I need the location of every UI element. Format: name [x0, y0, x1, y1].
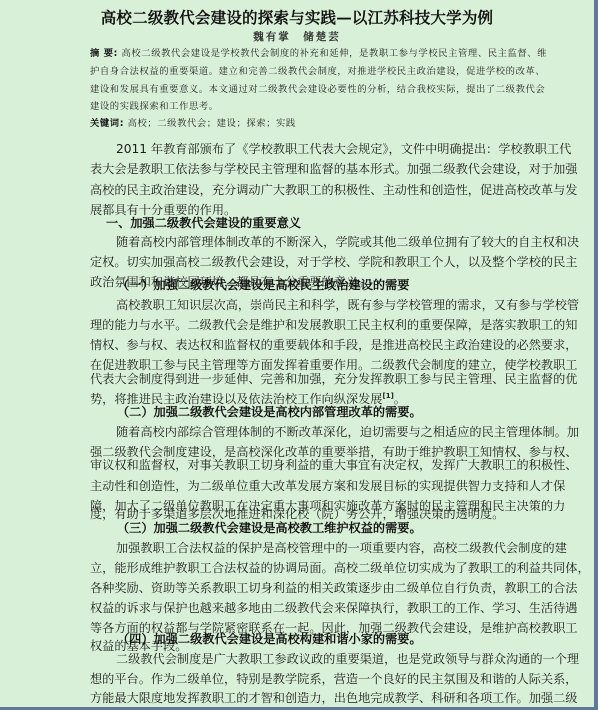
subsection-heading-3: （三）加强二级教代会建设是高校教工维护权益的需要。 — [117, 519, 422, 536]
body-line: 想的平台。作为二级单位，特别是教学院系，营造一个良好的民主氛围及和谐的人际关系， — [90, 670, 506, 687]
keywords-label: 关键词: — [90, 118, 124, 129]
body-line: 定权。切实加强高校二级教代会建设，对于学校、学院和教职工个人，以及整个学校的民主 — [90, 253, 506, 270]
abstract-line: 建设的实践探索和工作思考。 — [90, 98, 219, 112]
body-line: 审议权和监督权，对事关教职工切身利益的重大事宜有决定权，发挥广大教职工的积极性、 — [90, 456, 506, 473]
keywords-text: 高校；二级教代会；建设；探索；实践 — [128, 118, 296, 129]
abstract-line: 建设和发展具有重要意义。本文通过对二级教代会建设必要性的分析，结合我校实际，提出… — [90, 81, 545, 95]
body-line: 二级教代会制度是广大教职工参政议政的重要渠道，也是党政领导与群众沟通的一个理 — [90, 650, 506, 667]
citation-ref[interactable]: [1] — [383, 392, 394, 400]
body-line: 高校教职工知识层次高，崇尚民主和科学，既有参与学校管理的需求，又有参与学校管 — [90, 296, 506, 313]
keywords-line: 关键词: 高校；二级教代会；建设；探索；实践 — [90, 115, 296, 129]
abstract-line: 护自身合法权益的重要渠道。建立和完善二级教代会制度，对推进学校民主政治建设，促进… — [90, 63, 545, 77]
subsection-heading-4: （四）加强二级教代会建设是高校构建和谐小家的需要。 — [117, 630, 422, 647]
abstract-label: 摘 要: — [90, 48, 118, 59]
paper-authors: 魏有掌 储楚芸 — [0, 29, 594, 44]
abstract-line: 摘 要: 高校二级教代会建设是学校教代会制度的补充和延伸，是教职工参与学校民主管… — [90, 45, 547, 59]
body-line: 主动性和创造性，为二级单位重大改革发展方案和发展目标的实现提供智力支持和人才保 — [90, 477, 506, 494]
body-line: 权益的诉求与保护也越来越多地由二级教代会来保障执行，教职工的工作、学习、生活待遇 — [90, 599, 506, 616]
document-page: 高校二级教代会建设的探索与实践—以江苏科技大学为例 魏有掌 储楚芸 摘 要: 高… — [0, 0, 594, 707]
body-line: 方能最大限度地发挥教职工的才智和创造力，出色地完成教学、科研和各项工作。加强二级 — [90, 689, 506, 706]
subsection-heading-1: （一）加强二级教代会建设是高校民主政治建设的需要 — [117, 276, 410, 293]
body-line: 代表大会制度得到进一步延伸、完善和加强，充分发挥教职工参与民主管理、民主监督的优 — [90, 370, 506, 387]
body-line: 2011 年教育部颁布了《学校教职工代表大会规定》，文件中明确提出：学校教职工代 — [90, 140, 506, 157]
body-line: 加强教职工合法权益的保护是高校管理中的一项重要内容，高校二级教代会制度的建 — [90, 539, 506, 556]
body-line: 随着高校内部管理体制改革的不断深入，学院或其他二级单位拥有了较大的自主权和决 — [90, 233, 506, 250]
body-line: 情权、参与权、表达权和监督权的重要载体和手段，是推进高校民主政治建设的必然要求， — [90, 336, 506, 353]
body-line: 立，能形成维护教职工合法权益的协调局面。高校二级单位切实成为了教职工的利益共同体… — [90, 559, 506, 576]
subsection-heading-2: （二）加强二级教代会建设是高校内部管理改革的需要。 — [117, 403, 422, 420]
paper-title: 高校二级教代会建设的探索与实践—以江苏科技大学为例 — [0, 6, 594, 28]
body-line: 表大会是教职工依法参与学校民主管理和监督的基本形式。加强二级教代会建设，对于加强 — [90, 160, 506, 177]
window-frame-right — [594, 0, 598, 710]
body-line: 高校的民主政治建设，充分调动广大教职工的积极性、主动性和创造性，促进高校改革与发 — [90, 181, 506, 198]
abstract-text: 高校二级教代会建设是学校教代会制度的补充和延伸，是教职工参与学校民主管理、民主监… — [122, 48, 548, 59]
body-line: 随着高校内部综合管理体制的不断改革深化，迫切需要与之相适应的民主管理体制。加 — [90, 423, 506, 440]
body-line: 各种奖励、资助等关系教职工切身利益的相关政策逐步由二级单位自行负责，教职工的合法 — [90, 579, 506, 596]
body-line: 理的能力与水平。二级教代会是维护和发展教职工民主权利的重要保障，是落实教职工的知 — [90, 316, 506, 333]
section-heading-1: 一、加强二级教代会建设的重要意义 — [106, 214, 301, 231]
